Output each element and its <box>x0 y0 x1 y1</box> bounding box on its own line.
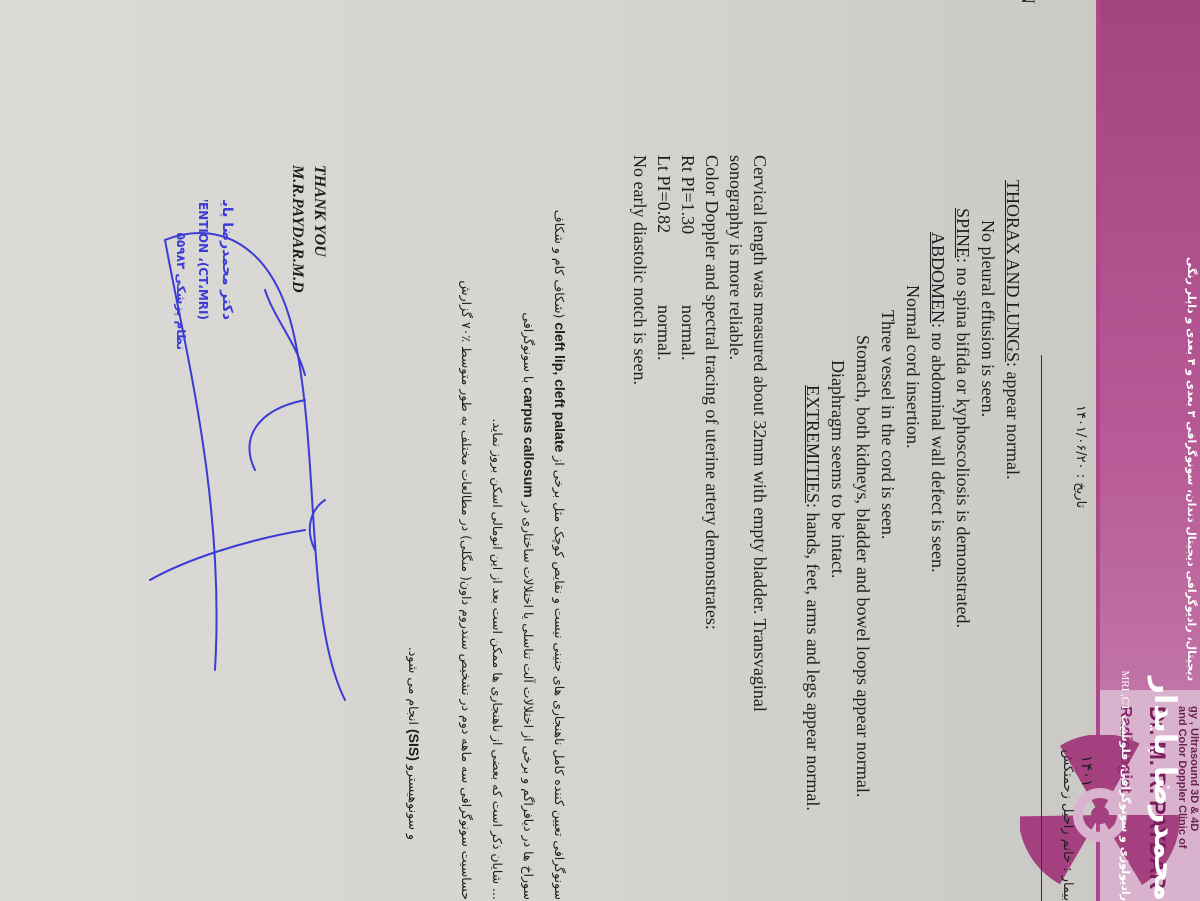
corner-year-handwritten: ۱۴۰۱ <box>1078 755 1096 787</box>
color-doppler-line: Color Doppler and spectral tracing of ut… <box>700 155 724 901</box>
cervical-length-line1: Cervical length was measured about 32mm … <box>748 155 772 901</box>
diaphragm-finding: Diaphragm seems to be intact. <box>825 180 850 900</box>
disclaimer-line-3: ... شایان ذکر است که بعضی از ناهنجاری ها… <box>482 140 513 900</box>
rt-pi-value: Rt PI=1.30 <box>676 155 700 305</box>
thorax-heading: THORAX AND LUNGS <box>1003 180 1023 362</box>
date-label: تاریخ : <box>1073 474 1088 508</box>
specialty-fa: رادیولوژی و سونوگرافی، فلوشیپ MRI ,CT <box>1119 670 1132 901</box>
stamp-line-3: INTERVENTION ،(CT،MRI) فلوشیپ <box>195 200 210 320</box>
abdomen-heading: ABDOMEN <box>928 232 948 323</box>
diastolic-notch-line: No early diastolic notch is seen. <box>628 155 652 901</box>
disclaimer-line-1: سونوگرافی تعیین کننده کامل ناهنجاری های … <box>544 140 575 900</box>
lt-pi-value: Lt PI=0.82 <box>652 155 676 305</box>
patient-name: بیمار : خانم راحیل زحمتکش <box>1060 749 1075 901</box>
stamp-line-1: دکتر محمدرضا پایدار <box>219 200 235 320</box>
cervix-doppler-section: Cervical length was measured about 32mm … <box>628 155 772 901</box>
thorax-finding: THORAX AND LUNGS: appear normal. <box>1000 180 1025 900</box>
rt-pi-status: normal. <box>676 305 700 361</box>
clinic-services-en-line1: gy , Ultrasound 3D & 4D <box>1188 706 1200 901</box>
pleural-finding: No pleural effusion is seen. <box>975 180 1000 900</box>
extremities-finding: EXTREMITIES: hands, feet, arms and legs … <box>800 180 825 900</box>
signature-stamp: دکتر محمدرضا پایدار INTERVENTION ،(CT،MR… <box>125 200 365 720</box>
cervical-length-line2: sonography is more reliable. <box>724 155 748 901</box>
patient-value: خانم راحیل زحمتکش <box>1060 749 1075 863</box>
three-vessel-finding: Three vessel in the cord is seen. <box>875 180 900 900</box>
sonography-disclaimer-fa: سونوگرافی تعیین کننده کامل ناهنجاری های … <box>398 140 575 900</box>
rt-pi-row: Rt PI=1.30 normal. <box>676 155 700 901</box>
report-date: تاریخ : ۱۴۰۱/۰۶/۲۰ <box>1073 405 1088 508</box>
spine-heading: SPINE <box>953 208 973 258</box>
clinic-services-fa: دیجیتال، رادیوگرافی دیجیتال دندان، سونوگ… <box>1185 257 1198 681</box>
specialty-fa-text: رادیولوژی و سونوگرافی، فلوشیپ <box>1119 715 1132 901</box>
disclaimer-line-2: سوراخ ها در دیافراگم و برخی از اختلالات … <box>513 140 544 900</box>
doctor-name-fa: محمدرضا پایدار <box>1147 677 1182 901</box>
lt-pi-status: normal. <box>652 305 676 361</box>
patient-label: بیمار : <box>1060 867 1075 901</box>
date-value: ۱۴۰۱/۰۶/۲۰ <box>1073 405 1088 470</box>
signature-loop-icon <box>165 233 345 700</box>
spine-finding: SPINE: no spina bifida or kyphoscoliosis… <box>950 180 975 900</box>
fetal-anatomy-findings: THORAX AND LUNGS: appear normal. No pleu… <box>800 180 1025 900</box>
specialty-fa-mri-ct: MRI ,CT <box>1119 670 1131 710</box>
lt-pi-row: Lt PI=0.82 normal. <box>652 155 676 901</box>
header-divider <box>1041 355 1042 901</box>
extremities-heading: EXTREMITIES <box>803 385 823 503</box>
stomach-finding: Stomach, both kidneys, bladder and bowel… <box>850 180 875 900</box>
stamp-line-4: نظام پزشکی ۵۵۹۸۳ <box>173 233 188 350</box>
disclaimer-line-5: و سونوهیسترو (SIS) انجام می شود. <box>398 140 429 900</box>
medical-report-page: gy , Ultrasound 3D & 4D and Color Dopple… <box>0 0 1200 901</box>
disclaimer-line-4: حساسیت سونوگرافی سه ماهه دوم در تشخیص سن… <box>451 140 482 900</box>
cord-insertion-finding: Normal cord insertion. <box>900 180 925 900</box>
abdomen-finding: ABDOMEN: no abdominal wall defect is see… <box>925 180 950 900</box>
